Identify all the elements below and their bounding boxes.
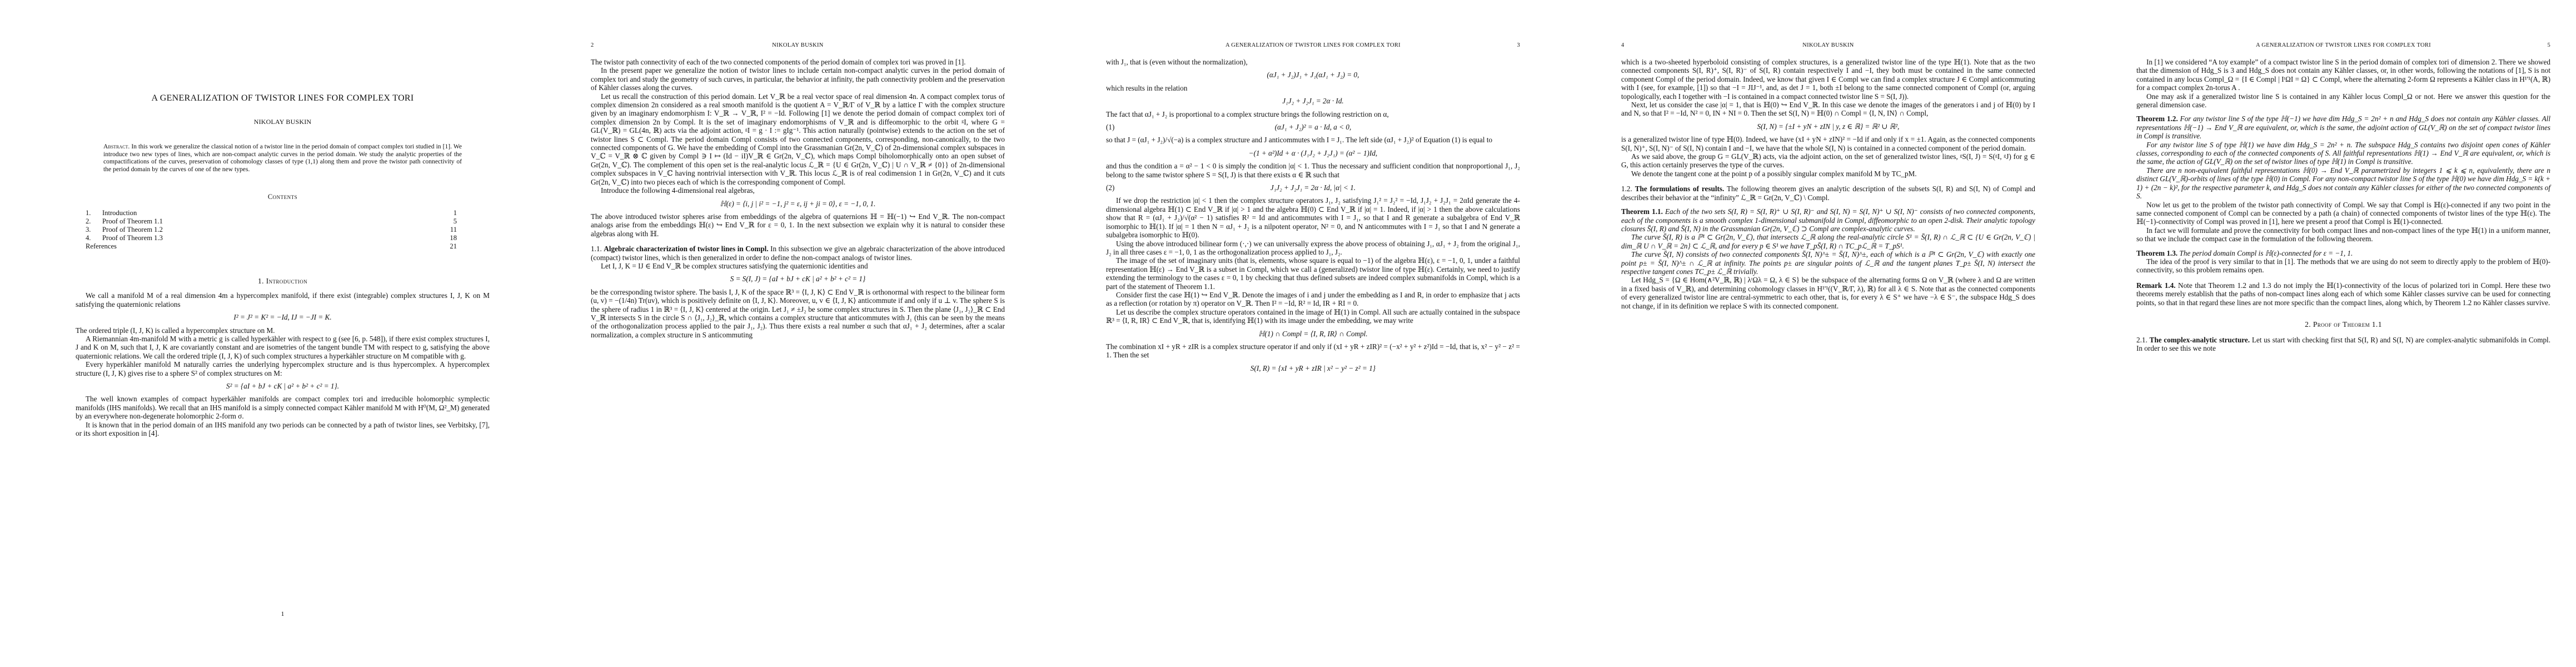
theorem-label: Theorem 1.2. [2136, 115, 2178, 123]
section-heading: 1. Introduction [76, 277, 490, 286]
subsection-number: 1.1. [591, 245, 602, 253]
equation-number: (2) [1106, 183, 1114, 192]
equation: S(I, R) = {xI + yR + zIR | x² − y² − z² … [1106, 364, 1520, 372]
running-head-text: NIKOLAY BUSKIN [591, 42, 1005, 48]
paragraph: Next, let us consider the case |α| = 1, … [1621, 101, 2035, 118]
toc-entry[interactable]: 2.Proof of Theorem 1.15 [86, 217, 457, 226]
subsection-number: 1.2. [1621, 185, 1632, 193]
page-number: 1 [76, 610, 490, 618]
theorem-label: Theorem 1.3. [2136, 249, 2178, 257]
toc-page: 1 [454, 209, 457, 217]
page-3: A GENERALIZATION OF TWISTOR LINES FOR CO… [1030, 0, 1546, 667]
paragraph: The combination xI + yR + zIR is a compl… [1106, 342, 1520, 360]
paragraph: It is known that in the period domain of… [76, 421, 490, 438]
equation-body: ℍ(ε) = ⟨i, j | i² = −1, j² = ε, ij + ji … [720, 200, 876, 208]
paragraph: The twistor path connectivity of each of… [591, 58, 1005, 66]
paragraph: Let Hdg_S = {Ω ∈ Hom(∧²V_ℝ, ℝ) | λᵗΩλ = … [1621, 276, 2035, 310]
toc-entry[interactable]: 4.Proof of Theorem 1.318 [86, 234, 457, 242]
page-1-body: We call a manifold M of a real dimension… [76, 291, 490, 437]
running-head: A GENERALIZATION OF TWISTOR LINES FOR CO… [2136, 42, 2550, 51]
toc-label: Proof of Theorem 1.1 [102, 217, 163, 225]
running-head: A GENERALIZATION OF TWISTOR LINES FOR CO… [1106, 42, 1520, 51]
theorem: The curve S̄(I, R) is a ℙ¹ ⊂ Gr(2n, V_ℂ)… [1621, 233, 2035, 250]
paragraph: Every hyperkähler manifold M naturally c… [76, 360, 490, 377]
paragraph: which results in the relation [1106, 84, 1520, 92]
equation-body: (αJ₁ + J₂)² = a · Id, a < 0, [1275, 123, 1352, 131]
paragraph: Let us describe the complex structure op… [1106, 308, 1520, 325]
toc-page: 11 [450, 226, 457, 234]
page-3-body: with J₁, that is (even without the norma… [1106, 58, 1520, 377]
paragraph: Consider first the case ℍ(1) ↪ End V_ℝ. … [1106, 291, 1520, 308]
paragraph: with J₁, that is (even without the norma… [1106, 58, 1520, 66]
paragraph: In the present paper we generalize the n… [591, 66, 1005, 92]
equation: ℍ(1) ∩ Compl = ⟨I, R, IR⟩ ∩ Compl. [1106, 330, 1520, 338]
remark: Remark 1.4. Note that Theorem 1.2 and 1.… [2136, 281, 2550, 307]
equation-body: −(1 + α²)Id + α · (J₁J₂ + J₂J₁) = (α² − … [1249, 149, 1377, 157]
toc-label: Introduction [102, 209, 137, 217]
paragraph: The ordered triple (I, J, K) is called a… [76, 326, 490, 335]
page-number: 5 [2547, 42, 2550, 48]
paragraph: The idea of the proof is very similar to… [2136, 257, 2550, 275]
running-head: 4 NIKOLAY BUSKIN [1621, 42, 2035, 51]
equation-body: S² = {aI + bJ + cK | a² + b² + c² = 1}. [226, 382, 339, 390]
equation-body: J₁J₂ + J₂J₁ = 2α · Id, |α| < 1. [1270, 183, 1356, 192]
equation-body: ℍ(1) ∩ Compl = ⟨I, R, IR⟩ ∩ Compl. [1258, 330, 1367, 338]
subsection: 1.2. The formulations of results. The fo… [1621, 185, 2035, 202]
paragraph: One may ask if a generalized twistor lin… [2136, 92, 2550, 109]
running-head: 2 NIKOLAY BUSKIN [591, 42, 1005, 51]
paragraph: In fact we will formulate and prove the … [2136, 226, 2550, 243]
theorem-label: Theorem 1.1. [1621, 207, 1663, 216]
theorem: The curve S̄(I, N) consists of two conne… [1621, 250, 2035, 276]
toc-entry[interactable]: 3.Proof of Theorem 1.211 [86, 226, 457, 234]
toc-label: Proof of Theorem 1.3 [102, 234, 163, 242]
toc-page: 18 [450, 234, 457, 242]
subsection-number: 2.1. [2136, 336, 2148, 344]
equation: (2)J₁J₂ + J₂J₁ = 2α · Id, |α| < 1. [1106, 183, 1520, 192]
subsection-title: Algebraic characterization of twistor li… [604, 245, 768, 253]
section-heading: 2. Proof of Theorem 1.1 [2136, 320, 2550, 329]
paper-title: A GENERALIZATION OF TWISTOR LINES FOR CO… [76, 93, 490, 103]
theorem-text: For any twistor line S of the type ℍ(−1)… [2136, 115, 2550, 140]
page-4: 4 NIKOLAY BUSKIN which is a two-sheeted … [1546, 0, 2061, 667]
equation: J₁J₂ + J₂J₁ = 2α · Id. [1106, 97, 1520, 105]
equation-body: (αJ₁ + J₂)J₁ + J₁(αJ₁ + J₂) = 0, [1267, 71, 1359, 79]
paragraph: If we drop the restriction |α| < 1 then … [1106, 196, 1520, 239]
equation-body: I² = J² = K² = −Id, IJ = −JI = K. [233, 313, 331, 321]
toc-label: References [86, 242, 117, 250]
subsection: 1.1. Algebraic characterization of twist… [591, 245, 1005, 262]
page-5-body: In [1] we considered “A toy example” of … [2136, 58, 2550, 353]
running-head-text: NIKOLAY BUSKIN [1621, 42, 2035, 48]
paragraph: The above introduced twistor spheres ari… [591, 212, 1005, 238]
theorem-text: Note that Theorem 1.2 and 1.3 do not imp… [2136, 281, 2550, 307]
paragraph: is a generalized twistor line of type ℍ(… [1621, 135, 2035, 152]
equation-body: S(I, N) = {±I + yN + zIN | y, z ∈ ℝ} = ℝ… [1757, 122, 1900, 131]
paragraph: Introduce the following 4-dimensional re… [591, 186, 1005, 195]
page-2: 2 NIKOLAY BUSKIN The twistor path connec… [515, 0, 1030, 667]
equation-body: J₁J₂ + J₂J₁ = 2α · Id. [1282, 97, 1343, 105]
equation-number: (1) [1106, 123, 1114, 131]
theorem: Theorem 1.2. For any twistor line S of t… [2136, 115, 2550, 140]
paragraph: We call a manifold M of a real dimension… [76, 291, 490, 308]
page-1-column: A GENERALIZATION OF TWISTOR LINES FOR CO… [76, 0, 490, 437]
paragraph: be the corresponding twistor sphere. The… [591, 288, 1005, 339]
paragraph: Using the above introduced bilinear form… [1106, 240, 1520, 257]
subsection: 2.1. The complex-analytic structure. Let… [2136, 336, 2550, 353]
toc-page: 5 [454, 217, 457, 226]
toc-num: 4. [86, 234, 102, 242]
running-head-text: A GENERALIZATION OF TWISTOR LINES FOR CO… [1106, 42, 1520, 48]
abstract-text: In this work we generalize the classical… [103, 143, 462, 173]
paragraph: Let I, J, K = IJ ∈ End V_ℝ be complex st… [591, 262, 1005, 270]
page-2-body: The twistor path connectivity of each of… [591, 58, 1005, 339]
equation: (1)(αJ₁ + J₂)² = a · Id, a < 0, [1106, 123, 1520, 131]
theorem-text: For any twistor line S of type ℍ(1) we h… [2136, 141, 2550, 166]
toc-label: Proof of Theorem 1.2 [102, 226, 163, 233]
theorem-text: There are n non-equivalent faithful repr… [2136, 166, 2550, 200]
theorem-label: Remark 1.4. [2136, 281, 2175, 290]
equation: (αJ₁ + J₂)J₁ + J₁(αJ₁ + J₂) = 0, [1106, 71, 1520, 79]
equation-body: S = S(I, J) = {aI + bJ + cK | a² + b² + … [730, 275, 866, 283]
toc-num: 3. [86, 226, 102, 234]
paragraph: Now let us get to the problem of the twi… [2136, 201, 2550, 226]
equation: S² = {aI + bJ + cK | a² + b² + c² = 1}. [76, 382, 490, 390]
theorem-text: Each of the two sets S(I, R) = S(I, R)⁺ … [1621, 207, 2035, 233]
toc-num: 2. [86, 217, 102, 226]
paragraph: which is a two-sheeted hyperboloid consi… [1621, 58, 2035, 101]
paragraph: As we said above, the group G = GL(V_ℝ) … [1621, 152, 2035, 170]
toc-entry[interactable]: 1.Introduction1 [86, 209, 457, 217]
theorem-text: The curve S̄(I, R) is a ℙ¹ ⊂ Gr(2n, V_ℂ)… [1621, 233, 2035, 250]
subsection-title: The complex-analytic structure. [2150, 336, 2250, 344]
toc-num: 1. [86, 209, 102, 217]
equation: S = S(I, J) = {aI + bJ + cK | a² + b² + … [591, 275, 1005, 283]
abstract: Abstract. In this work we generalize the… [103, 143, 462, 173]
paragraph: so that J = (αJ₁ + J₂)/√(−a) is a comple… [1106, 136, 1520, 144]
abstract-label: Abstract. [103, 143, 129, 150]
page-number: 3 [1517, 42, 1520, 48]
paragraph: and thus the condition a = α² − 1 < 0 is… [1106, 162, 1520, 179]
paragraph: We denote the tangent cone at the point … [1621, 170, 2035, 178]
equation: S(I, N) = {±I + yN + zIN | y, z ∈ ℝ} = ℝ… [1621, 122, 2035, 131]
equation: I² = J² = K² = −Id, IJ = −JI = K. [76, 313, 490, 321]
theorem-text: The period domain Compl is ℍ(ε)-connecte… [2179, 249, 2353, 257]
paragraph: A Riemannian 4m-manifold M with a metric… [76, 335, 490, 360]
page-5: A GENERALIZATION OF TWISTOR LINES FOR CO… [2061, 0, 2576, 667]
contents-heading: Contents [76, 193, 490, 201]
theorem: Theorem 1.1. Each of the two sets S(I, R… [1621, 207, 2035, 233]
page-4-body: which is a two-sheeted hyperboloid consi… [1621, 58, 2035, 310]
paragraph: The image of the set of imaginary units … [1106, 256, 1520, 291]
theorem: For any twistor line S of type ℍ(1) we h… [2136, 141, 2550, 166]
paragraph: The fact that αJ₁ + J₂ is proportional t… [1106, 110, 1520, 118]
paragraph: The well known examples of compact hyper… [76, 395, 490, 420]
equation-body: S(I, R) = {xI + yR + zIR | x² − y² − z² … [1250, 364, 1376, 372]
theorem: Theorem 1.3. The period domain Compl is … [2136, 249, 2550, 257]
toc-page: 21 [450, 242, 457, 251]
table-of-contents: 1.Introduction1 2.Proof of Theorem 1.15 … [86, 209, 457, 250]
paper-author: NIKOLAY BUSKIN [76, 118, 490, 126]
equation: −(1 + α²)Id + α · (J₁J₂ + J₂J₁) = (α² − … [1106, 149, 1520, 157]
running-head-text: A GENERALIZATION OF TWISTOR LINES FOR CO… [2136, 42, 2550, 48]
subsection-title: The formulations of results. [1635, 185, 1725, 193]
page-1: A GENERALIZATION OF TWISTOR LINES FOR CO… [0, 0, 515, 667]
theorem: There are n non-equivalent faithful repr… [2136, 166, 2550, 201]
paragraph: Let us recall the construction of this p… [591, 92, 1005, 186]
toc-entry[interactable]: References21 [86, 242, 457, 251]
paragraph: In [1] we considered “A toy example” of … [2136, 58, 2550, 92]
equation: ℍ(ε) = ⟨i, j | i² = −1, j² = ε, ij + ji … [591, 200, 1005, 208]
theorem-text: The curve S̄(I, N) consists of two conne… [1621, 250, 2035, 276]
